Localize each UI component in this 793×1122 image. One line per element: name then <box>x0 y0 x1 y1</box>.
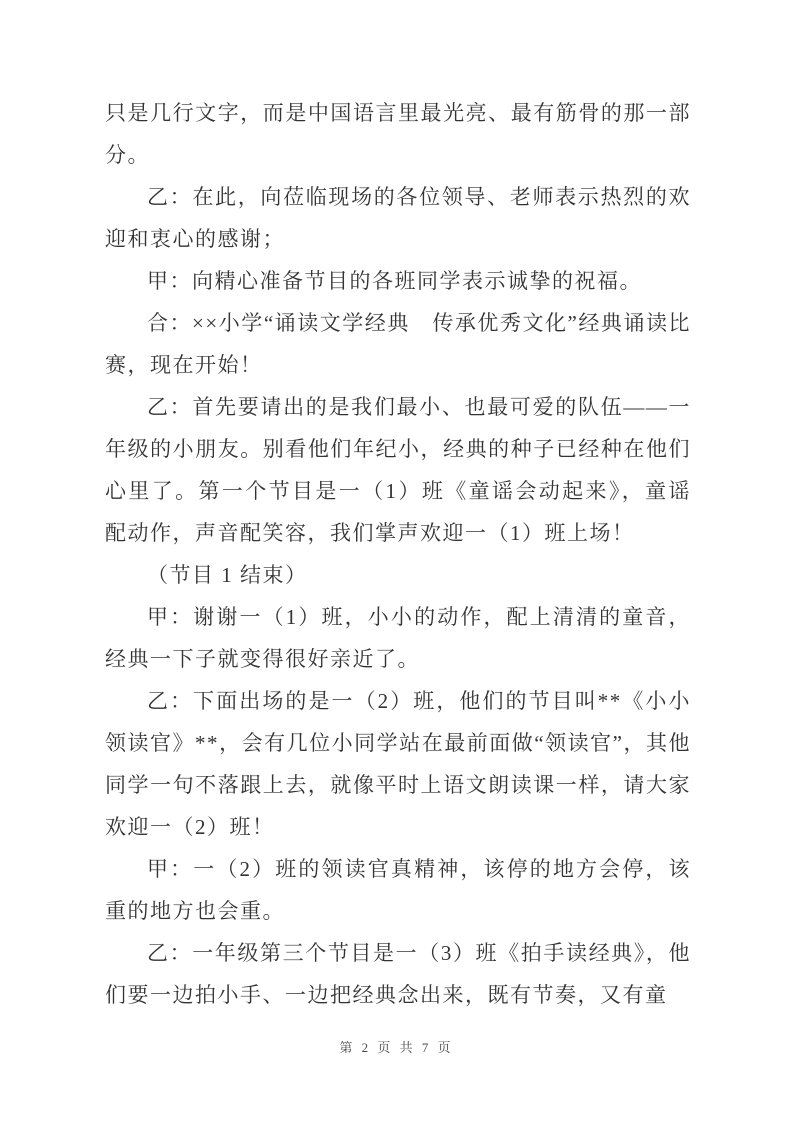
paragraph: 合：××小学“诵读文学经典 传承优秀文化”经典诵读比赛，现在开始！ <box>105 302 691 386</box>
paragraph: 乙：下面出场的是一（2）班，他们的节目叫**《小小领读官》**，会有几位小同学站… <box>105 680 691 848</box>
document-page: 只是几行文字，而是中国语言里最光亮、最有筋骨的那一部分。乙：在此，向莅临现场的各… <box>0 0 793 1122</box>
paragraph: 甲：谢谢一（1）班，小小的动作，配上清清的童音，经典一下子就变得很好亲近了。 <box>105 596 691 680</box>
page-number-label: 第 2 页 共 7 页 <box>339 1040 453 1055</box>
paragraph: 乙：首先要请出的是我们最小、也最可爱的队伍——一年级的小朋友。别看他们年纪小，经… <box>105 386 691 554</box>
paragraph: 甲：向精心准备节目的各班同学表示诚挚的祝福。 <box>105 260 691 302</box>
document-body: 只是几行文字，而是中国语言里最光亮、最有筋骨的那一部分。乙：在此，向莅临现场的各… <box>105 92 691 1016</box>
paragraph: 甲：一（2）班的领读官真精神，该停的地方会停，该重的地方也会重。 <box>105 848 691 932</box>
paragraph: 只是几行文字，而是中国语言里最光亮、最有筋骨的那一部分。 <box>105 92 691 176</box>
paragraph: 乙：一年级第三个节目是一（3）班《拍手读经典》，他们要一边拍小手、一边把经典念出… <box>105 932 691 1016</box>
page-footer: 第 2 页 共 7 页 <box>0 1038 793 1058</box>
paragraph: 乙：在此，向莅临现场的各位领导、老师表示热烈的欢迎和衷心的感谢； <box>105 176 691 260</box>
paragraph: （节目 1 结束） <box>105 554 691 596</box>
